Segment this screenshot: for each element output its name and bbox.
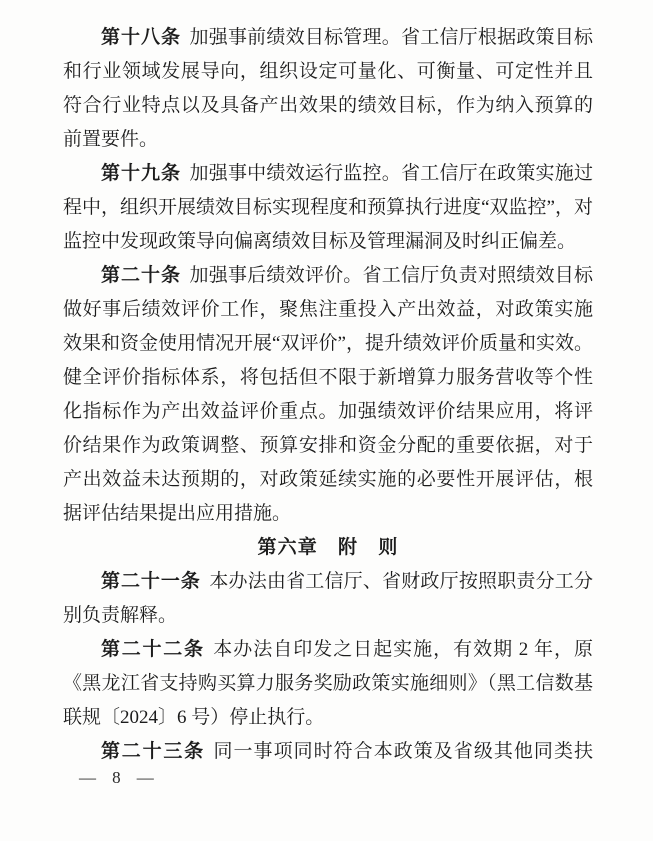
article-number: 第二十三条 bbox=[101, 741, 205, 762]
article-paragraph-21: 第二十一条本办法由省工信厅、省财政厅按照职责分工分别负责解释。 bbox=[63, 565, 593, 633]
article-text: 同一事项同时符合本政策及省级其他同类扶 bbox=[213, 741, 593, 762]
article-number: 第十九条 bbox=[101, 163, 181, 184]
document-body: 第十八条加强事前绩效目标管理。省工信厅根据政策目标和行业领域发展导向，组织设定可… bbox=[63, 21, 593, 769]
chapter-heading: 第六章 附 则 bbox=[63, 531, 593, 565]
article-number: 第二十条 bbox=[101, 265, 181, 286]
article-number: 第十八条 bbox=[101, 27, 181, 48]
article-paragraph-18: 第十八条加强事前绩效目标管理。省工信厅根据政策目标和行业领域发展导向，组织设定可… bbox=[63, 21, 593, 157]
article-number: 第二十一条 bbox=[101, 571, 201, 592]
article-paragraph-19: 第十九条加强事中绩效运行监控。省工信厅在政策实施过程中，组织开展绩效目标实现程度… bbox=[63, 157, 593, 259]
page-number: — 8 — bbox=[79, 761, 160, 795]
article-paragraph-22: 第二十二条本办法自印发之日起实施，有效期 2 年，原《黑龙江省支持购买算力服务奖… bbox=[63, 633, 593, 735]
document-page: 第十八条加强事前绩效目标管理。省工信厅根据政策目标和行业领域发展导向，组织设定可… bbox=[0, 0, 653, 841]
article-text: 加强事后绩效评价。省工信厅负责对照绩效目标做好事后绩效评价工作，聚焦注重投入产出… bbox=[63, 265, 593, 524]
article-paragraph-20: 第二十条加强事后绩效评价。省工信厅负责对照绩效目标做好事后绩效评价工作，聚焦注重… bbox=[63, 259, 593, 531]
article-number: 第二十二条 bbox=[101, 639, 205, 660]
